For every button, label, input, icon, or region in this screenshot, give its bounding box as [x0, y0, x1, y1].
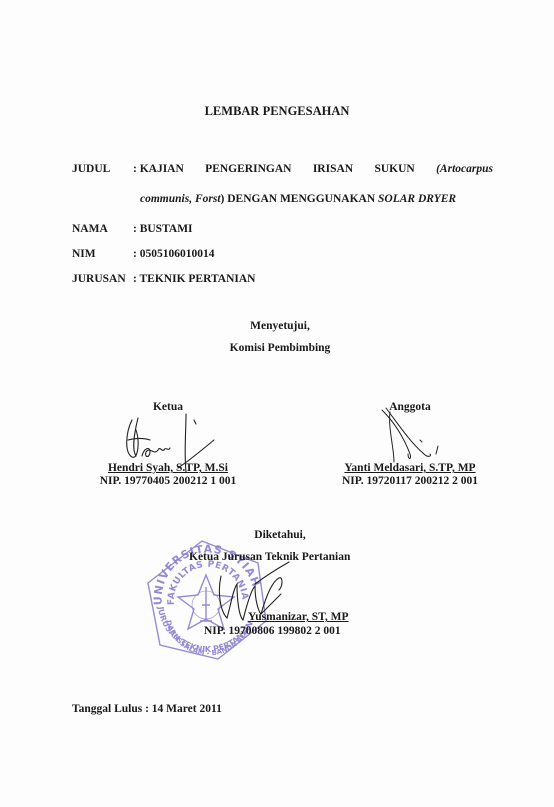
judul-word: SUKUN: [374, 163, 414, 175]
nim-label: NIM: [72, 248, 96, 260]
judul-line-2: communis, Forst) DENGAN MENGGUNAKAN SOLA…: [140, 193, 456, 205]
kajur-name: Yusmanizar, ST, MP: [248, 611, 349, 623]
judul-label: JUDUL: [72, 163, 110, 175]
kajur-heading: Diketahui,: [200, 529, 360, 541]
anggota-nip: NIP. 19720117 200212 2 001: [320, 475, 500, 487]
judul-word: PENGERINGAN: [205, 163, 291, 175]
nama-value: : BUSTAMI: [133, 223, 193, 235]
page-title: LEMBAR PENGESAHAN: [0, 104, 554, 119]
anggota-name: Yanti Meldasari, S.TP, MP: [320, 462, 500, 474]
ketua-nip: NIP. 19770405 200212 1 001: [68, 475, 268, 487]
judul-normal: ) DENGAN MENGGUNAKAN: [221, 193, 378, 205]
judul-italic-a: communis, Forst: [140, 193, 221, 205]
nim-value: : 0505106010014: [133, 248, 214, 260]
approval-page: LEMBAR PENGESAHAN JUDUL : KAJIAN PENGERI…: [0, 0, 554, 807]
approval-committee: Komisi Pembimbing: [200, 342, 360, 354]
approval-heading: Menyetujui,: [200, 320, 360, 332]
kajur-nip: NIP. 19700806 199802 2 001: [204, 625, 341, 637]
judul-line-1: : KAJIAN PENGERINGAN IRISAN SUKUN (Artoc…: [133, 163, 493, 175]
judul-word: : KAJIAN: [133, 163, 184, 175]
nama-label: NAMA: [72, 223, 108, 235]
graduation-date: Tanggal Lulus : 14 Maret 2011: [72, 703, 222, 715]
judul-word: IRISAN: [313, 163, 353, 175]
ketua-name: Hendri Syah, S.TP, M.Si: [68, 462, 268, 474]
jurusan-value: : TEKNIK PERTANIAN: [133, 273, 256, 285]
judul-word-italic: (Artocarpus: [436, 163, 493, 175]
jurusan-label: JURUSAN: [72, 273, 126, 285]
anggota-signature-icon: [380, 408, 460, 468]
judul-italic-b: SOLAR DRYER: [378, 193, 456, 205]
